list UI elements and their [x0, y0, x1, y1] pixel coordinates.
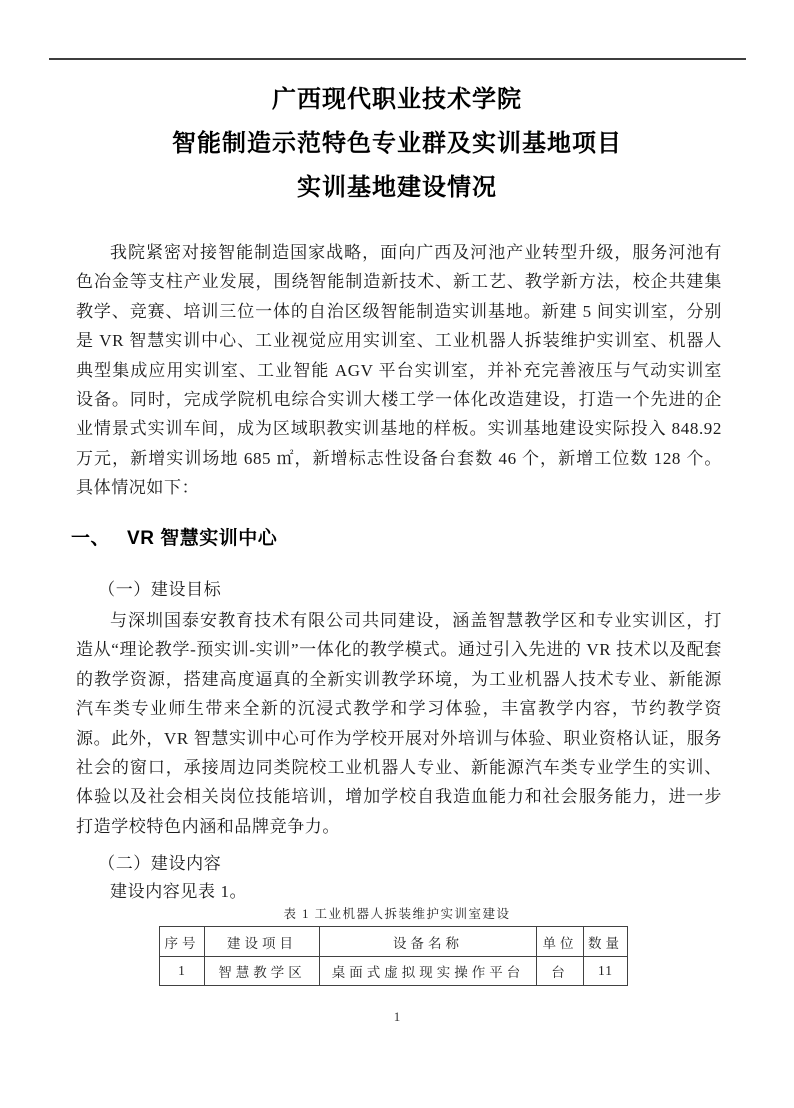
header-divider — [49, 58, 746, 60]
doc-title-line-1: 广西现代职业技术学院 — [0, 78, 794, 122]
intro-paragraph: 我院紧密对接智能制造国家战略，面向广西及河池产业转型升级，服务河池有色冶金等支柱… — [76, 238, 722, 503]
table-1-caption: 表 1 工业机器人拆装维护实训室建设 — [0, 904, 794, 922]
document-page: 广西现代职业技术学院 智能制造示范特色专业群及实训基地项目 实训基地建设情况 我… — [0, 0, 794, 1108]
table-header-row: 序号 建设项目 设备名称 单位 数量 — [160, 927, 628, 957]
page-number: 1 — [0, 1009, 794, 1025]
table-cell-equipment: 桌面式虚拟现实操作平台 — [320, 957, 537, 986]
subsection-2-heading: （二）建设内容 — [76, 849, 722, 874]
doc-title-line-2: 智能制造示范特色专业群及实训基地项目 — [0, 122, 794, 166]
subsection-2-paragraph: 建设内容见表 1。 — [76, 877, 722, 906]
table-cell-project: 智慧教学区 — [205, 957, 320, 986]
table-row: 1 智慧教学区 桌面式虚拟现实操作平台 台 11 — [160, 957, 628, 986]
subsection-1-heading: （一）建设目标 — [76, 575, 722, 600]
table-cell-seq: 1 — [160, 957, 205, 986]
table-cell-unit: 台 — [537, 957, 584, 986]
table-header-cell-project: 建设项目 — [205, 927, 320, 957]
table-header-cell-seq: 序号 — [160, 927, 205, 957]
doc-title-line-3: 实训基地建设情况 — [0, 166, 794, 210]
table-cell-qty: 11 — [584, 957, 628, 986]
section-1-heading: 一、VR 智慧实训中心 — [71, 523, 277, 550]
subsection-1-paragraph: 与深圳国泰安教育技术有限公司共同建设，涵盖智慧教学区和专业实训区，打造从“理论教… — [76, 606, 722, 841]
section-1-number: 一、 — [71, 528, 110, 549]
table-1: 序号 建设项目 设备名称 单位 数量 1 智慧教学区 桌面式虚拟现实操作平台 台… — [159, 926, 628, 986]
table-header-cell-qty: 数量 — [584, 927, 628, 957]
document-title: 广西现代职业技术学院 智能制造示范特色专业群及实训基地项目 实训基地建设情况 — [0, 78, 794, 210]
table-header-cell-unit: 单位 — [537, 927, 584, 957]
table-header-cell-equipment: 设备名称 — [320, 927, 537, 957]
section-1-title: VR 智慧实训中心 — [127, 528, 277, 549]
